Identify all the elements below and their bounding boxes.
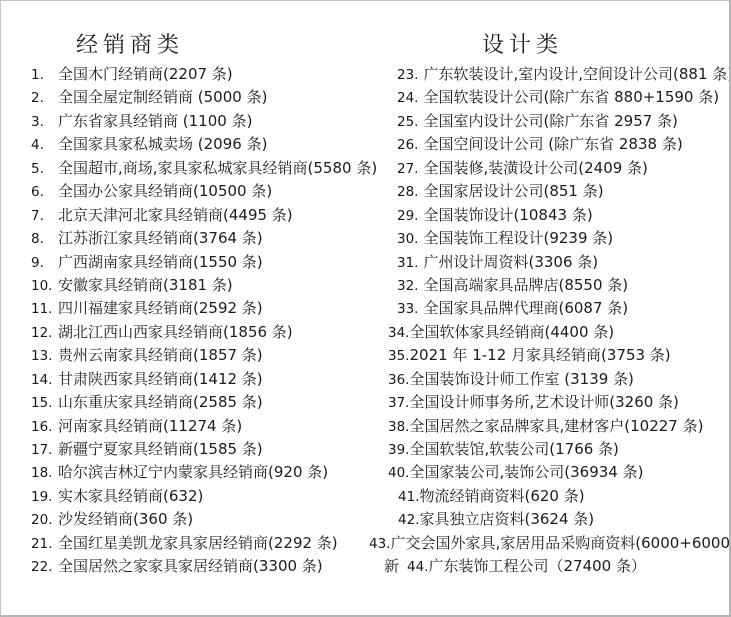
item-number: 25. xyxy=(397,114,418,130)
dealers-list: 1.全国木门经销商(2207 条)2.全国全屋定制经销商 (5000 条)3.广… xyxy=(1,63,366,579)
list-item: 12.湖北江西山西家具经销商(1856 条) xyxy=(1,321,366,344)
item-number: 21. xyxy=(31,533,58,556)
item-number: 19. xyxy=(31,486,58,509)
list-item: 21.全国红星美凯龙家具家居经销商(2292 条) xyxy=(1,532,366,555)
new-badge: 新 xyxy=(384,557,399,575)
item-number: 10. xyxy=(31,275,58,298)
item-text: 全国超市,商场,家具家私城家具经销商(5580 条) xyxy=(58,159,377,177)
item-text: 全国家居设计公司(851 条) xyxy=(423,182,603,200)
list-item: 9.广西湖南家具经销商(1550 条) xyxy=(1,251,366,274)
item-text: 新疆宁夏家具经销商(1585 条) xyxy=(58,440,263,458)
item-text: 2021 年 1-12 月家具经销商(3753 条) xyxy=(409,346,670,364)
item-number: 17. xyxy=(31,439,58,462)
item-text: 全国家具家私城卖场 (2096 条) xyxy=(58,135,267,153)
item-text: 广东软装设计,室内设计,空间设计公司(881 条) xyxy=(423,65,731,83)
item-text: 全国装饰设计(10843 条) xyxy=(423,206,592,224)
list-item: 39.全国软装馆,软装公司(1766 条) xyxy=(366,438,731,461)
item-number: 1. xyxy=(31,64,58,87)
list-item: 2.全国全屋定制经销商 (5000 条) xyxy=(1,86,366,109)
item-text: 全国设计师事务所,艺术设计师(3260 条) xyxy=(409,393,678,411)
list-item: 14.甘肃陕西家具经销商(1412 条) xyxy=(1,368,366,391)
item-text: 河南家具经销商(11274 条) xyxy=(58,417,242,435)
item-text: 湖北江西山西家具经销商(1856 条) xyxy=(58,323,293,341)
list-item: 37.全国设计师事务所,艺术设计师(3260 条) xyxy=(366,391,731,414)
item-number: 13. xyxy=(31,345,58,368)
item-text: 广州设计周资料(3306 条) xyxy=(423,253,598,271)
item-text: 甘肃陕西家具经销商(1412 条) xyxy=(58,370,263,388)
list-item: 42.家具独立店资料(3624 条) xyxy=(366,508,731,531)
item-number: 39. xyxy=(388,442,409,458)
item-text: 全国木门经销商(2207 条) xyxy=(58,65,233,83)
list-item: 15.山东重庆家具经销商(2585 条) xyxy=(1,391,366,414)
list-item: 29.全国装饰设计(10843 条) xyxy=(366,204,731,227)
item-text: 安徽家具经销商(3181 条) xyxy=(58,276,233,294)
design-column-title: 设计类 xyxy=(482,28,563,59)
design-list: 23.广东软装设计,室内设计,空间设计公司(881 条)24.全国软装设计公司(… xyxy=(366,63,731,579)
list-item: 38.全国居然之家品牌家具,建材客户(10227 条) xyxy=(366,415,731,438)
item-text: 全国软装馆,软装公司(1766 条) xyxy=(409,440,618,458)
item-number: 41. xyxy=(398,489,419,505)
item-text: 全国装饰工程设计(9239 条) xyxy=(423,229,613,247)
item-number: 23. xyxy=(397,67,418,83)
item-number: 29. xyxy=(397,208,418,224)
list-item: 23.广东软装设计,室内设计,空间设计公司(881 条) xyxy=(366,63,731,86)
item-text: 物流经销商资料(620 条) xyxy=(419,487,584,505)
item-text: 广东省家具经销商 (1100 条) xyxy=(58,112,252,130)
list-item: 10.安徽家具经销商(3181 条) xyxy=(1,274,366,297)
item-text: 贵州云南家具经销商(1857 条) xyxy=(58,346,263,364)
list-item: 18.哈尔滨吉林辽宁内蒙家具经销商(920 条) xyxy=(1,461,366,484)
item-number: 4. xyxy=(31,134,58,157)
list-item: 40.全国家装公司,装饰公司(36934 条) xyxy=(366,461,731,484)
list-item: 36.全国装饰设计师工作室 (3139 条) xyxy=(366,368,731,391)
list-item: 11.四川福建家具经销商(2592 条) xyxy=(1,297,366,320)
item-number: 42. xyxy=(398,512,419,528)
list-item: 20.沙发经销商(360 条) xyxy=(1,508,366,531)
item-number: 28. xyxy=(397,184,418,200)
item-text: 广东装饰工程公司（27400 条） xyxy=(429,557,647,575)
list-item: 19.实木家具经销商(632) xyxy=(1,485,366,508)
item-text: 全国室内设计公司(除广东省 2957 条) xyxy=(423,112,677,130)
item-number: 44. xyxy=(407,559,428,575)
list-item: 33.全国家具品牌代理商(6087 条) xyxy=(366,297,731,320)
item-text: 全国装修,装潢设计公司(2409 条) xyxy=(423,159,647,177)
list-item: 8.江苏浙江家具经销商(3764 条) xyxy=(1,227,366,250)
item-number: 3. xyxy=(31,111,58,134)
item-text: 全国高端家具品牌店(8550 条) xyxy=(423,276,628,294)
item-number: 24. xyxy=(397,90,418,106)
item-text: 全国红星美凯龙家具家居经销商(2292 条) xyxy=(58,534,338,552)
item-text: 全国家装公司,装饰公司(36934 条) xyxy=(409,463,643,481)
list-item: 25.全国室内设计公司(除广东省 2957 条) xyxy=(366,110,731,133)
item-number: 15. xyxy=(31,392,58,415)
list-item: 30.全国装饰工程设计(9239 条) xyxy=(366,227,731,250)
item-number: 31. xyxy=(397,255,418,271)
item-text: 家具独立店资料(3624 条) xyxy=(419,510,594,528)
item-number: 27. xyxy=(397,161,418,177)
list-item: 28.全国家居设计公司(851 条) xyxy=(366,180,731,203)
list-item: 41.物流经销商资料(620 条) xyxy=(366,485,731,508)
item-number: 18. xyxy=(31,462,58,485)
list-item: 17.新疆宁夏家具经销商(1585 条) xyxy=(1,438,366,461)
item-text: 山东重庆家具经销商(2585 条) xyxy=(58,393,263,411)
item-number: 14. xyxy=(31,369,58,392)
item-number: 32. xyxy=(397,278,418,294)
item-number: 11. xyxy=(31,298,58,321)
item-number: 7. xyxy=(31,205,58,228)
item-text: 全国装饰设计师工作室 (3139 条) xyxy=(409,370,633,388)
item-text: 全国全屋定制经销商 (5000 条) xyxy=(58,88,267,106)
item-text: 沙发经销商(360 条) xyxy=(58,510,193,528)
list-item: 35.2021 年 1-12 月家具经销商(3753 条) xyxy=(366,344,731,367)
item-number: 9. xyxy=(31,252,58,275)
item-text: 四川福建家具经销商(2592 条) xyxy=(58,299,263,317)
item-number: 36. xyxy=(388,372,409,388)
list-item: 32.全国高端家具品牌店(8550 条) xyxy=(366,274,731,297)
dealers-column-title: 经销商类 xyxy=(76,28,184,59)
item-number: 33. xyxy=(397,301,418,317)
list-item: 24.全国软装设计公司(除广东省 880+1590 条) xyxy=(366,86,731,109)
item-text: 全国空间设计公司 (除广东省 2838 条) xyxy=(423,135,682,153)
list-item: 34.全国软体家具经销商(4400 条) xyxy=(366,321,731,344)
item-number: 30. xyxy=(397,231,418,247)
list-item: 43.广交会国外家具,家居用品采购商资料(6000+6000 条) xyxy=(366,532,731,555)
list-item: 新44.广东装饰工程公司（27400 条） xyxy=(366,555,731,578)
item-text: 北京天津河北家具经销商(4495 条) xyxy=(58,206,293,224)
item-text: 全国居然之家家具家居经销商(3300 条) xyxy=(58,557,323,575)
list-item: 5.全国超市,商场,家具家私城家具经销商(5580 条) xyxy=(1,157,366,180)
list-item: 7.北京天津河北家具经销商(4495 条) xyxy=(1,204,366,227)
document-page: 经销商类 1.全国木门经销商(2207 条)2.全国全屋定制经销商 (5000 … xyxy=(0,0,731,617)
item-number: 40. xyxy=(388,465,409,481)
item-text: 全国软体家具经销商(4400 条) xyxy=(409,323,614,341)
item-number: 38. xyxy=(388,419,409,435)
item-number: 12. xyxy=(31,322,58,345)
item-number: 20. xyxy=(31,509,58,532)
item-text: 哈尔滨吉林辽宁内蒙家具经销商(920 条) xyxy=(58,463,328,481)
item-text: 广交会国外家具,家居用品采购商资料(6000+6000 条) xyxy=(390,534,731,552)
list-item: 22.全国居然之家家具家居经销商(3300 条) xyxy=(1,555,366,578)
item-number: 22. xyxy=(31,556,58,579)
list-item: 3.广东省家具经销商 (1100 条) xyxy=(1,110,366,133)
item-text: 实木家具经销商(632) xyxy=(58,487,203,505)
item-text: 广西湖南家具经销商(1550 条) xyxy=(58,253,263,271)
item-number: 34. xyxy=(388,325,409,341)
list-item: 16.河南家具经销商(11274 条) xyxy=(1,415,366,438)
item-number: 6. xyxy=(31,181,58,204)
list-item: 31.广州设计周资料(3306 条) xyxy=(366,251,731,274)
item-number: 37. xyxy=(388,395,409,411)
item-text: 全国家具品牌代理商(6087 条) xyxy=(423,299,628,317)
item-number: 5. xyxy=(31,158,58,181)
list-item: 4.全国家具家私城卖场 (2096 条) xyxy=(1,133,366,156)
item-text: 江苏浙江家具经销商(3764 条) xyxy=(58,229,263,247)
list-item: 26.全国空间设计公司 (除广东省 2838 条) xyxy=(366,133,731,156)
item-number: 43. xyxy=(369,536,390,552)
list-item: 6.全国办公家具经销商(10500 条) xyxy=(1,180,366,203)
item-text: 全国软装设计公司(除广东省 880+1590 条) xyxy=(423,88,719,106)
item-text: 全国居然之家品牌家具,建材客户(10227 条) xyxy=(409,417,703,435)
list-item: 27.全国装修,装潢设计公司(2409 条) xyxy=(366,157,731,180)
item-text: 全国办公家具经销商(10500 条) xyxy=(58,182,272,200)
item-number: 26. xyxy=(397,137,418,153)
item-number: 35. xyxy=(388,348,409,364)
list-item: 1.全国木门经销商(2207 条) xyxy=(1,63,366,86)
item-number: 16. xyxy=(31,416,58,439)
list-item: 13.贵州云南家具经销商(1857 条) xyxy=(1,344,366,367)
item-number: 2. xyxy=(31,87,58,110)
item-number: 8. xyxy=(31,228,58,251)
